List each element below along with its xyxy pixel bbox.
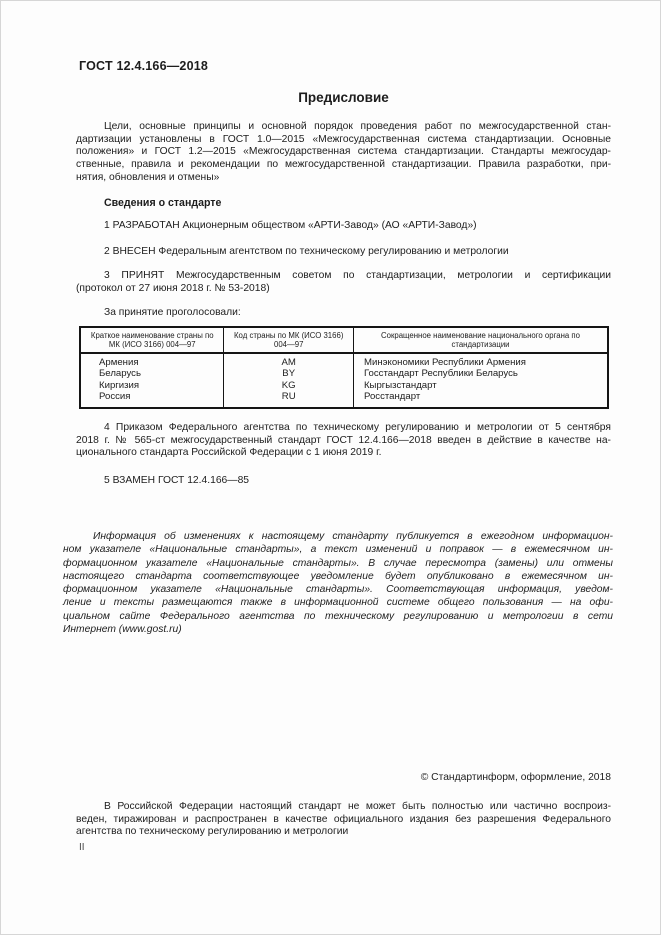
restriction-line: агентства по техническому регулированию … xyxy=(76,826,611,839)
amendments-note-line: Информация об изменениях к настоящему ст… xyxy=(63,530,613,543)
vote-table-country-column: Армения Беларусь Киргизия Россия xyxy=(81,354,224,407)
intro-line: нятия, обновления и отмены» xyxy=(76,172,611,185)
page-title: Предисловие xyxy=(76,90,611,105)
item-order-line: 4 Приказом Федерального агентства по тех… xyxy=(76,422,611,435)
table-cell-country: Армения xyxy=(81,357,223,369)
amendments-note-line: формационном указателе «Национальные ста… xyxy=(63,583,613,596)
restriction-line: веден, тиражирован и распространен в кач… xyxy=(76,814,611,827)
item-adopted-line: (протокол от 27 июня 2018 г. № 53-2018) xyxy=(76,283,611,296)
amendments-note-line: настоящего стандарта соответствующее уве… xyxy=(63,570,613,583)
standard-info-heading: Сведения о стандарте xyxy=(76,197,611,209)
doc-number: ГОСТ 12.4.166—2018 xyxy=(79,59,208,73)
item-order-line: ционального стандарта Российской Федерац… xyxy=(76,447,611,460)
table-cell-code: KG xyxy=(224,380,353,392)
table-cell-code: RU xyxy=(224,391,353,403)
table-cell-org: Госстандарт Республики Беларусь xyxy=(354,368,607,380)
vote-table-org-column: Минэкономики Республики Армения Госстанд… xyxy=(354,354,607,407)
table-cell-org: Кыргызстандарт xyxy=(354,380,607,392)
item-order-line: 2018 г. № 565-ст межгосударственный стан… xyxy=(76,435,611,448)
item-submitted: 2 ВНЕСЕН Федеральным агентством по техни… xyxy=(76,246,611,257)
item-replaces: 5 ВЗАМЕН ГОСТ 12.4.166—85 xyxy=(76,475,611,486)
intro-line: дартизации установлены в ГОСТ 1.0—2015 «… xyxy=(76,134,611,147)
table-cell-code: AM xyxy=(224,357,353,369)
table-cell-country: Беларусь xyxy=(81,368,223,380)
vote-table-header-country: Краткое наименование страны по МК (ИСО 3… xyxy=(81,328,224,352)
vote-table-header-org: Сокращенное наименование национального о… xyxy=(354,328,607,352)
vote-intro: За принятие проголосовали: xyxy=(76,307,611,318)
item-adopted-line: 3 ПРИНЯТ Межгосударственным советом по с… xyxy=(76,270,611,283)
intro-line: положения» и ГОСТ 1.2—2015 «Межгосударст… xyxy=(76,146,611,159)
intro-line: ственные, правила и рекомендации по межг… xyxy=(76,159,611,172)
vote-table-code-column: AM BY KG RU xyxy=(224,354,354,407)
restriction-line: В Российской Федерации настоящий стандар… xyxy=(76,801,611,814)
amendments-note: Информация об изменениях к настоящему ст… xyxy=(63,530,613,636)
table-cell-country: Россия xyxy=(81,391,223,403)
item-order: 4 Приказом Федерального агентства по тех… xyxy=(76,422,611,460)
document-page: ГОСТ 12.4.166—2018 Предисловие Цели, осн… xyxy=(0,0,661,935)
amendments-note-line: Интернет (www.gost.ru) xyxy=(63,623,613,636)
page-number: II xyxy=(79,842,85,853)
restriction-paragraph: В Российской Федерации настоящий стандар… xyxy=(76,801,611,839)
table-cell-org: Росстандарт xyxy=(354,391,607,403)
table-cell-code: BY xyxy=(224,368,353,380)
amendments-note-line: ном указателе «Национальные стандарты», … xyxy=(63,543,613,556)
intro-paragraph: Цели, основные принципы и основной поряд… xyxy=(76,121,611,184)
vote-table-body: Армения Беларусь Киргизия Россия AM BY K… xyxy=(81,354,607,407)
copyright-line: © Стандартинформ, оформление, 2018 xyxy=(76,772,611,783)
intro-line: Цели, основные принципы и основной поряд… xyxy=(76,121,611,134)
item-developed: 1 РАЗРАБОТАН Акционерным обществом «АРТИ… xyxy=(76,220,611,231)
amendments-note-line: ление и тексты размещаются также в инфор… xyxy=(63,596,613,609)
table-cell-country: Киргизия xyxy=(81,380,223,392)
vote-table-header: Краткое наименование страны по МК (ИСО 3… xyxy=(81,328,607,354)
amendments-note-line: формационном указателе «Национальные ста… xyxy=(63,557,613,570)
vote-table: Краткое наименование страны по МК (ИСО 3… xyxy=(79,326,609,409)
vote-table-header-code: Код страны по МК (ИСО 3166) 004—97 xyxy=(224,328,354,352)
table-cell-org: Минэкономики Республики Армения xyxy=(354,357,607,369)
item-adopted: 3 ПРИНЯТ Межгосударственным советом по с… xyxy=(76,270,611,295)
amendments-note-line: циальном сайте Федерального агентства по… xyxy=(63,610,613,623)
